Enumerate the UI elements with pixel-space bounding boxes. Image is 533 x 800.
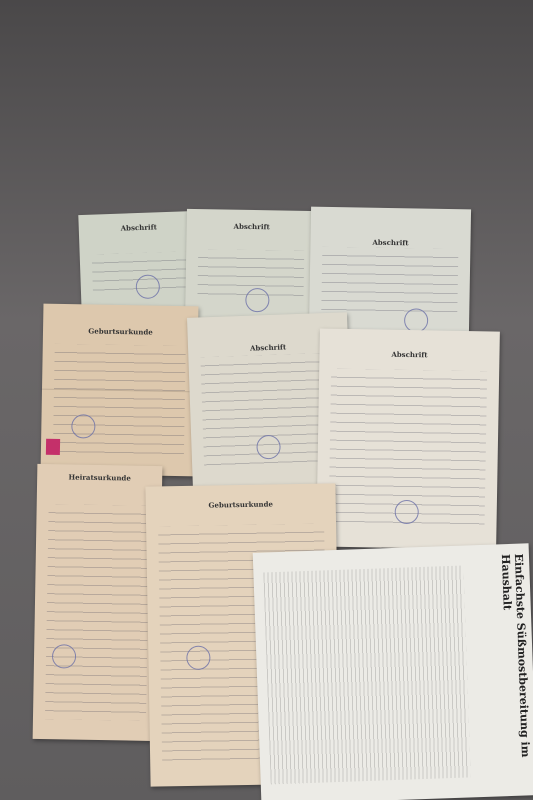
document-heading: Abschrift [187, 221, 317, 232]
document-heading: Abschrift [319, 348, 499, 360]
document-transcript-1: Abschrift [78, 211, 201, 315]
document-heading: Geburtsurkunde [146, 498, 336, 510]
document-heading: Heiratsurkunde [37, 472, 162, 483]
document-transcript-5: Abschrift [316, 328, 500, 549]
document-transcript-2: Abschrift [185, 209, 317, 321]
document-marriage-certificate: Heiratsurkunde [33, 464, 163, 741]
document-birth-certificate-1: Geburtsurkunde [41, 304, 199, 477]
leaflet: Einfachste Süßmostbereitung im Haushalt [253, 543, 533, 800]
leaflet-title: Einfachste Süßmostbereitung im Haushalt [499, 553, 533, 796]
revenue-stamp [46, 439, 60, 455]
eagle-stamp [135, 274, 160, 299]
document-heading: Abschrift [79, 221, 199, 234]
document-heading: Geburtsurkunde [43, 326, 198, 338]
eagle-stamp [245, 288, 269, 312]
